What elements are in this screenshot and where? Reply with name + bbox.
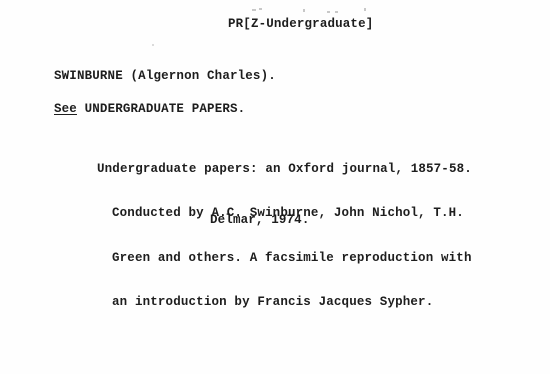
scan-artifact	[259, 8, 262, 10]
entry-paragraph: Undergraduate papers: an Oxford journal,…	[97, 133, 472, 338]
catalog-card: PR[Z-Undergraduate] SWINBURNE (Algernon …	[0, 0, 550, 374]
scan-artifact	[252, 9, 256, 11]
scan-artifact	[335, 11, 338, 13]
classmark: PR[Z-Undergraduate]	[228, 17, 373, 31]
entry-line: Undergraduate papers: an Oxford journal,…	[97, 161, 472, 177]
see-target: UNDERGRADUATE PAPERS.	[77, 102, 245, 116]
scan-artifact	[303, 9, 305, 12]
entry-line: Green and others. A facsimile reproducti…	[112, 250, 472, 266]
scan-artifact	[364, 8, 366, 11]
see-word: See	[54, 102, 77, 116]
see-reference: See UNDERGRADUATE PAPERS.	[54, 102, 245, 116]
scan-artifact	[327, 11, 330, 13]
entry-line: an introduction by Francis Jacques Syphe…	[112, 294, 472, 310]
imprint: Delmar, 1974.	[210, 213, 309, 227]
scan-artifact	[152, 44, 154, 46]
author-heading: SWINBURNE (Algernon Charles).	[54, 69, 276, 83]
